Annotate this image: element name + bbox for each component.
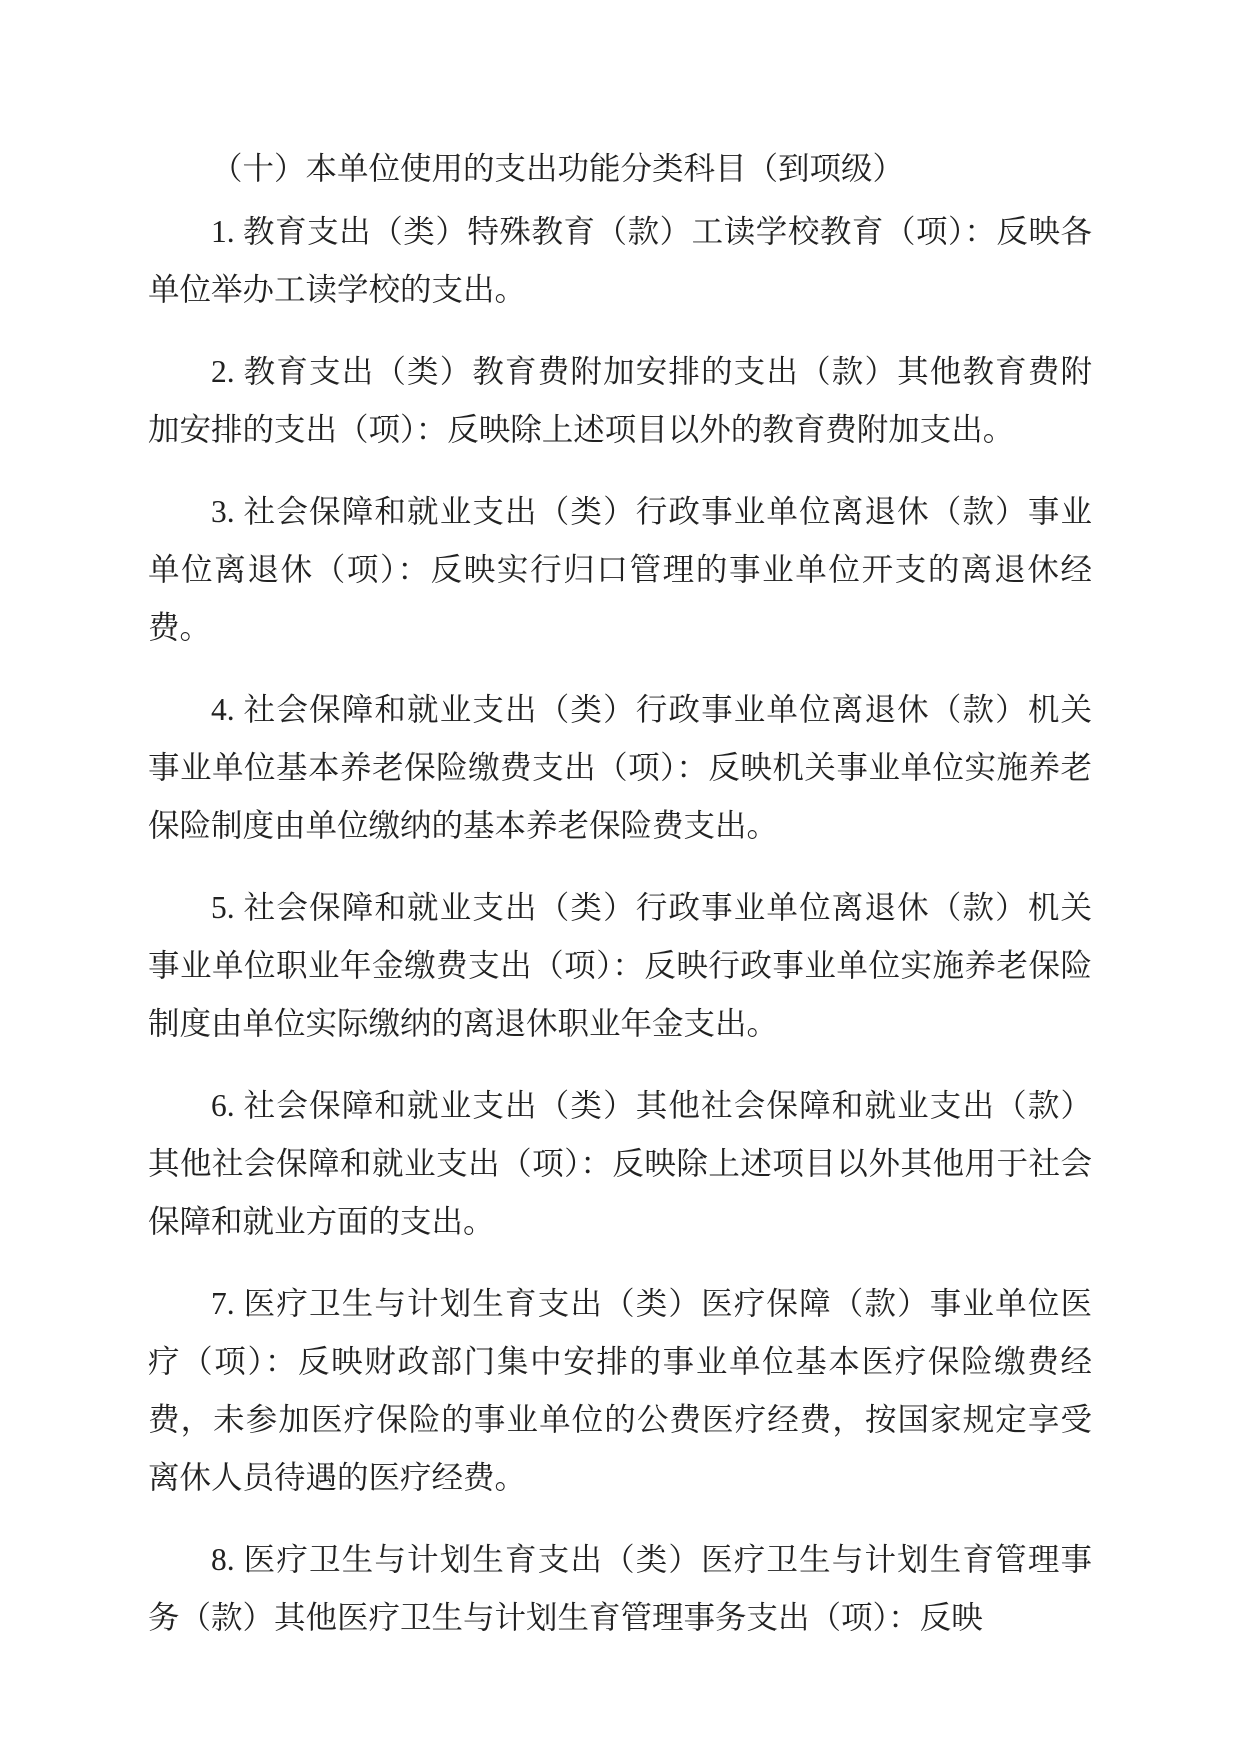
body-paragraph: 6. 社会保障和就业支出（类）其他社会保障和就业支出（款）其他社会保障和就业支出… [148,1077,1092,1251]
paragraph-list: 1. 教育支出（类）特殊教育（款）工读学校教育（项）：反映各单位举办工读学校的支… [148,203,1092,1647]
body-paragraph: 8. 医疗卫生与计划生育支出（类）医疗卫生与计划生育管理事务（款）其他医疗卫生与… [148,1531,1092,1647]
document-content: （十）本单位使用的支出功能分类科目（到项级） 1. 教育支出（类）特殊教育（款）… [148,140,1092,1671]
section-heading: （十）本单位使用的支出功能分类科目（到项级） [148,140,1092,198]
document-page: （十）本单位使用的支出功能分类科目（到项级） 1. 教育支出（类）特殊教育（款）… [0,0,1240,1755]
body-paragraph: 1. 教育支出（类）特殊教育（款）工读学校教育（项）：反映各单位举办工读学校的支… [148,203,1092,319]
body-paragraph: 3. 社会保障和就业支出（类）行政事业单位离退休（款）事业单位离退休（项）：反映… [148,483,1092,657]
body-paragraph: 4. 社会保障和就业支出（类）行政事业单位离退休（款）机关事业单位基本养老保险缴… [148,681,1092,855]
body-paragraph: 5. 社会保障和就业支出（类）行政事业单位离退休（款）机关事业单位职业年金缴费支… [148,879,1092,1053]
body-paragraph: 7. 医疗卫生与计划生育支出（类）医疗保障（款）事业单位医疗（项）：反映财政部门… [148,1275,1092,1507]
body-paragraph: 2. 教育支出（类）教育费附加安排的支出（款）其他教育费附加安排的支出（项）：反… [148,343,1092,459]
